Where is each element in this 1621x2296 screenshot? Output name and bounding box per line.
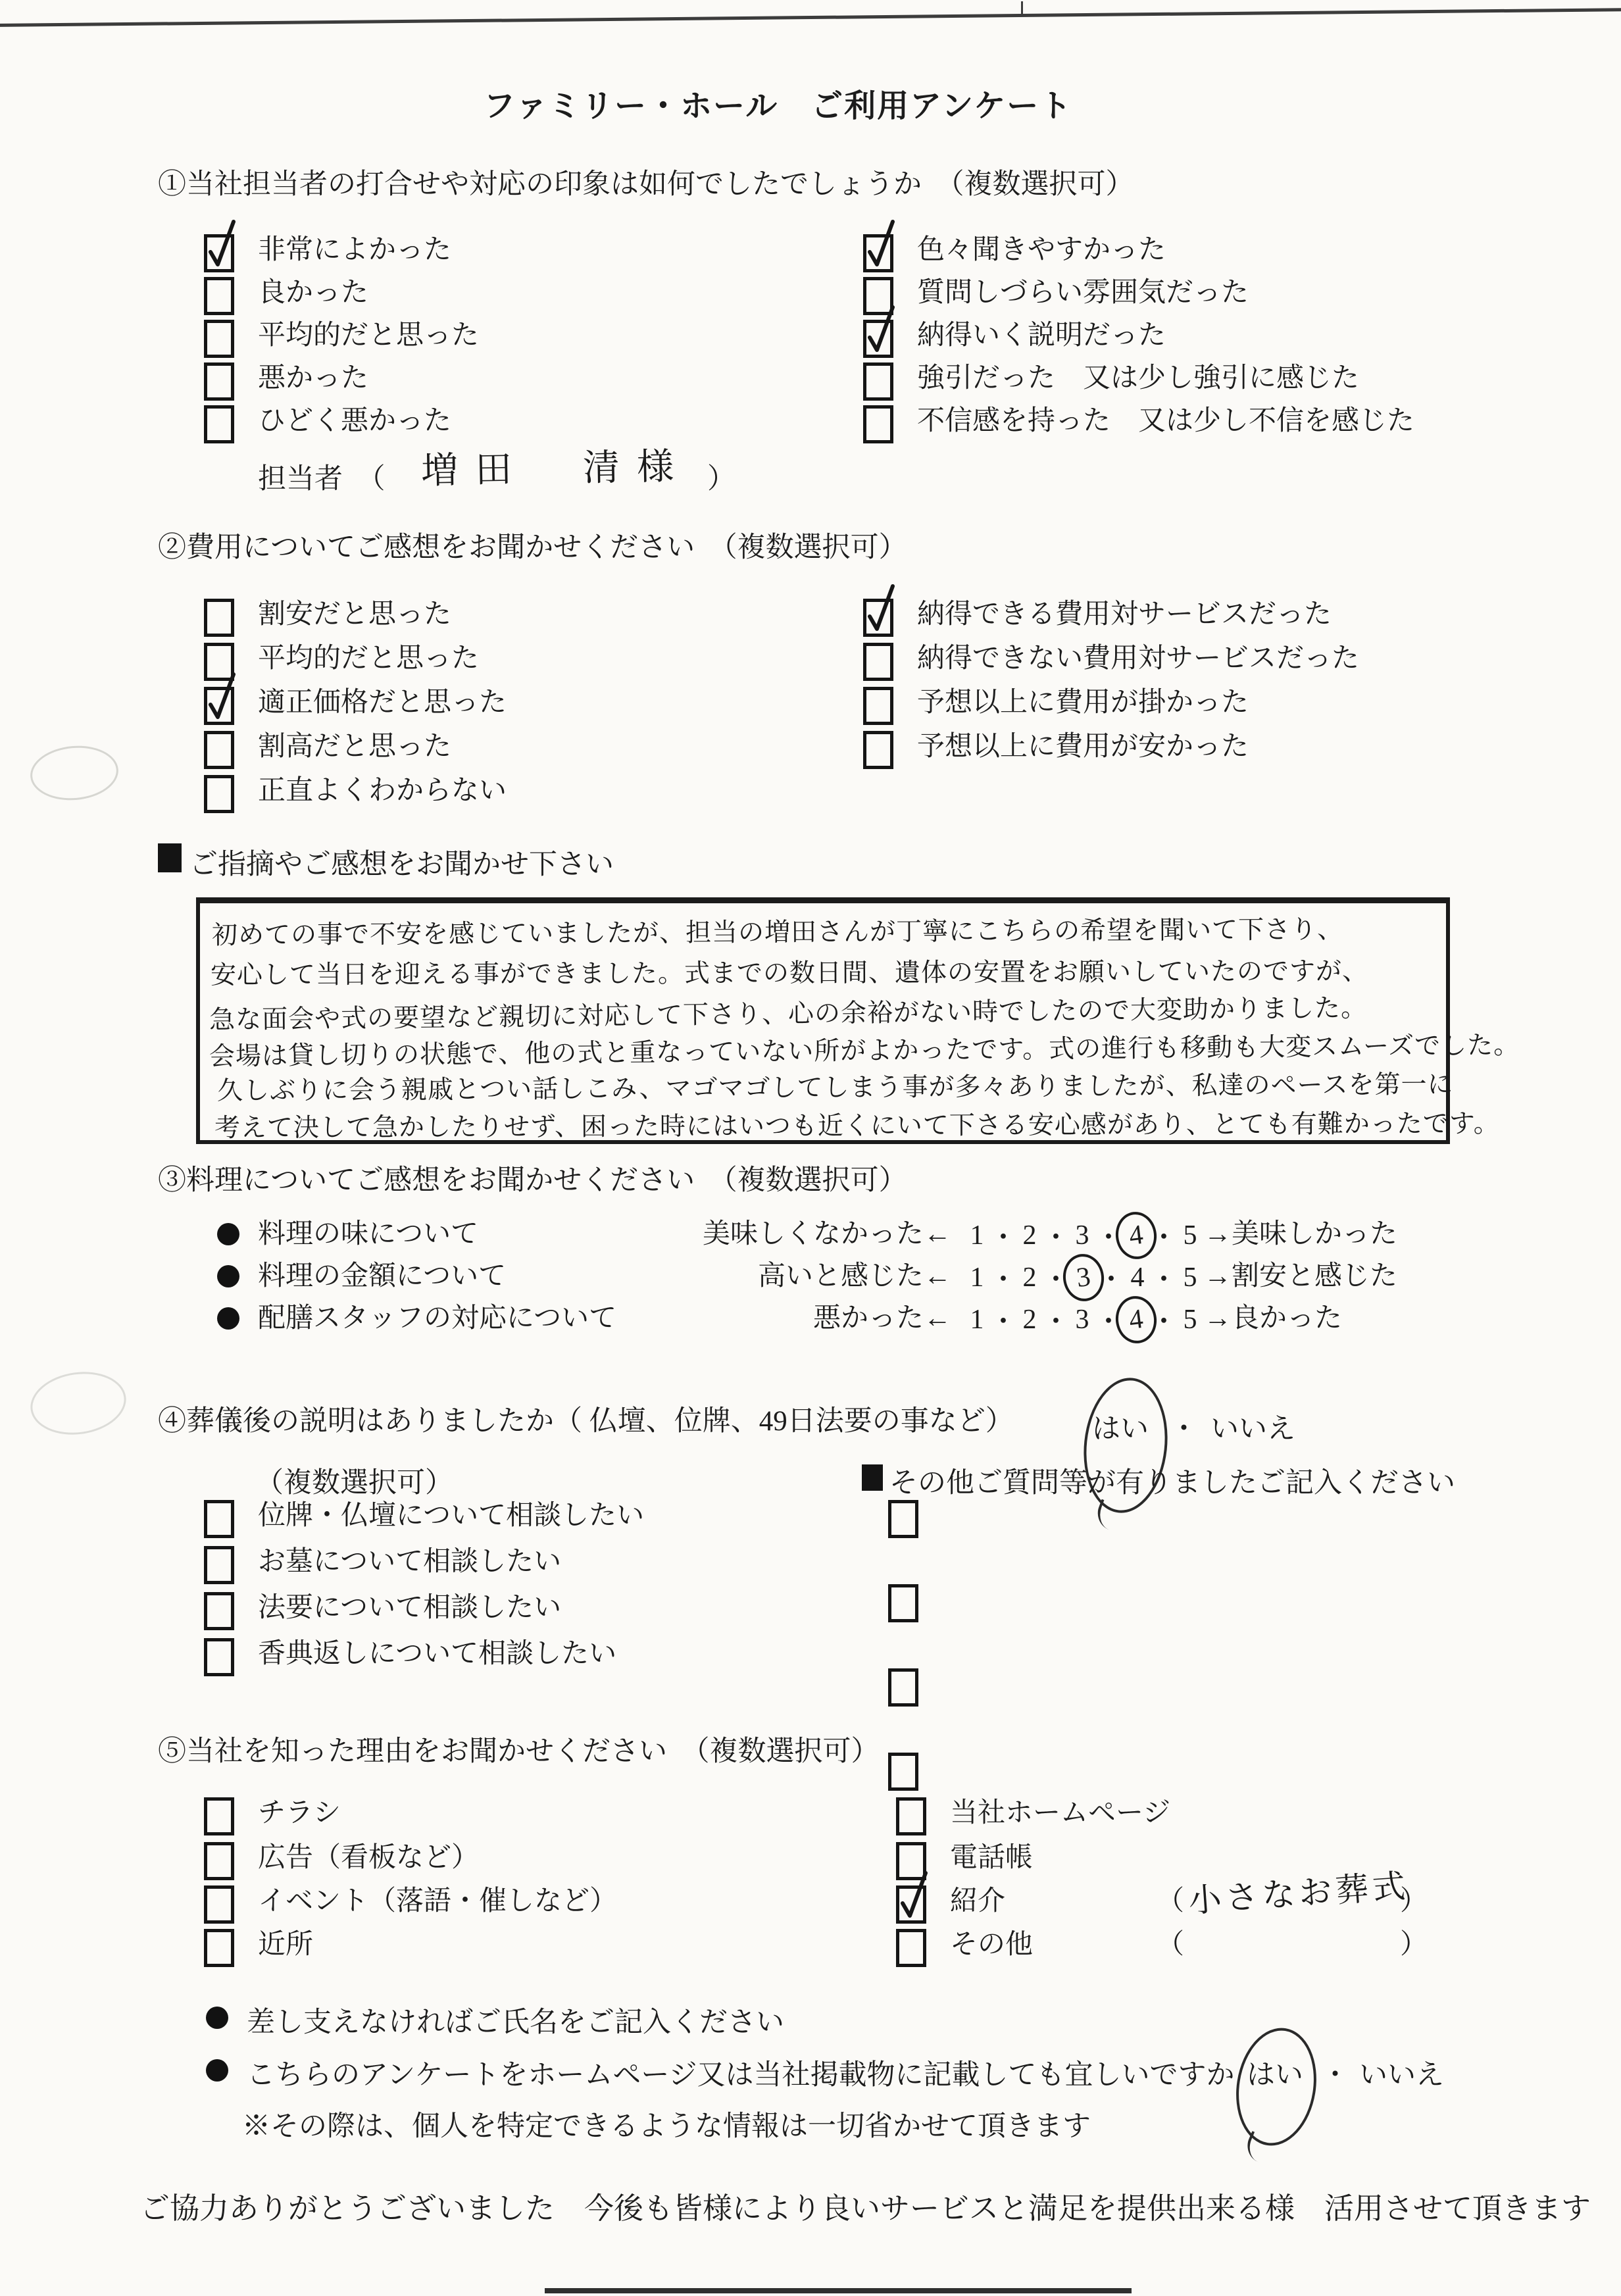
q3-row-0-label: 料理の味について	[217, 1218, 478, 1250]
checkbox	[896, 1929, 926, 1967]
checkbox	[863, 599, 893, 637]
q2-right-row-3: 予想以上に費用が安かった	[863, 731, 1249, 769]
q1-right-row-3: 強引だった 又は少し強引に感じた	[863, 362, 1359, 401]
q5-left-row-3: 近所	[204, 1929, 313, 1967]
closing-name-request: 差し支えなければご氏名をご記入ください	[247, 2000, 784, 2040]
rep-label: 担当者 （	[258, 457, 386, 497]
option-label: 電話帳	[950, 1842, 1033, 1874]
referral-source-handwritten: 小さなお葬式	[1187, 1859, 1410, 1922]
q3-row-1-label: 料理の金額について	[217, 1260, 506, 1292]
option-label: 正直よくわからない	[258, 775, 507, 807]
q3-heading: ③料理についてご感想をお聞かせください （複数選択可）	[158, 1158, 907, 1198]
q1-right-row-0: 色々聞きやすかった	[863, 234, 1166, 272]
option-label: 紹介	[950, 1885, 1005, 1917]
bullet-icon	[206, 2059, 228, 2082]
bullet-icon	[217, 1223, 239, 1245]
bullet-icon	[217, 1265, 239, 1287]
scale-low-label: 悪かった←	[566, 1303, 951, 1334]
rep-name-handwritten: 増田 清様	[420, 437, 691, 494]
option-label: 当社ホームページ	[950, 1797, 1170, 1829]
closing-publish-question: こちらのアンケートをホームページ又は当社掲載物に記載しても宜しいですか	[247, 2053, 1235, 2093]
q1-left-row-2: 平均的だと思った	[204, 320, 479, 358]
option-label: 近所	[258, 1929, 313, 1960]
checkbox	[204, 775, 234, 813]
checkbox	[863, 234, 893, 272]
q2-left-row-1: 平均的だと思った	[204, 643, 479, 681]
option-label: 適正価格だと思った	[258, 687, 507, 718]
option-label: 良かった	[258, 277, 368, 309]
q5-left-row-0: チラシ	[204, 1797, 341, 1835]
checkbox	[204, 599, 234, 637]
paren-open: （	[1157, 1929, 1184, 1960]
comments-heading: ご指摘やご感想をお聞かせ下さい	[189, 842, 614, 882]
option-label: 強引だった 又は少し強引に感じた	[917, 362, 1359, 394]
checkbox	[204, 1638, 234, 1676]
option-label: 非常によかった	[258, 234, 451, 266]
checkbox	[896, 1797, 926, 1835]
paren-close: ）	[1400, 1885, 1428, 1917]
rep-label-close: ）	[707, 457, 736, 497]
scan-artifact-top-line	[0, 8, 1621, 27]
empty-checkbox	[888, 1584, 918, 1622]
q2-heading: ②費用についてご感想をお聞かせください （複数選択可）	[158, 525, 907, 565]
q5-heading: ⑤当社を知った理由をお聞かせください （複数選択可）	[158, 1729, 880, 1769]
option-label: イベント（落語・催しなど）	[258, 1885, 617, 1917]
scale-high-label: →美味しかった	[1204, 1218, 1397, 1250]
checkbox	[204, 1500, 234, 1538]
checkbox	[863, 643, 893, 681]
checkbox	[863, 405, 893, 443]
checkbox	[204, 1885, 234, 1924]
option-label: 悪かった	[258, 362, 368, 394]
q5-right-row-2: 紹介	[896, 1885, 1005, 1924]
closing-no: いいえ	[1359, 2053, 1444, 2093]
q1-left-row-3: 悪かった	[204, 362, 368, 401]
option-label: お墓について相談したい	[258, 1546, 561, 1578]
q4-dot: ・	[1170, 1407, 1198, 1447]
option-label: 平均的だと思った	[258, 643, 479, 674]
option-label: 納得いく説明だった	[917, 320, 1166, 351]
q1-left-row-1: 良かった	[204, 277, 368, 315]
q4-no: いいえ	[1210, 1407, 1295, 1447]
checkbox	[204, 687, 234, 725]
option-label: ひどく悪かった	[258, 405, 451, 437]
q1-right-row-4: 不信感を持った 又は少し不信を感じた	[863, 405, 1414, 443]
closing-privacy-note: ※その際は、個人を特定できるような情報は一切省かせて頂きます	[242, 2104, 1091, 2144]
q2-right-row-0: 納得できる費用対サービスだった	[863, 599, 1332, 637]
option-label: 香典返しについて相談したい	[258, 1638, 616, 1670]
q3-item-label: 料理の金額について	[258, 1260, 506, 1292]
q1-heading: ①当社担当者の打合せや対応の印象は如何でしたでしょうか （複数選択可）	[158, 162, 1134, 202]
q2-right-row-2: 予想以上に費用が掛かった	[863, 687, 1249, 725]
checkbox	[863, 687, 893, 725]
checkbox	[204, 362, 234, 401]
q5-right-row-3: その他	[896, 1929, 1033, 1967]
scale-high-label: →良かった	[1204, 1303, 1342, 1334]
handwritten-circle-yes	[1228, 2022, 1325, 2152]
q4-left-row-0: 位牌・仏壇について相談したい	[204, 1500, 644, 1538]
option-label: その他	[950, 1929, 1033, 1960]
checkbox	[204, 1546, 234, 1584]
checkbox	[204, 320, 234, 358]
q4-left-row-1: お墓について相談したい	[204, 1546, 561, 1584]
checkbox	[204, 234, 234, 272]
option-label: 色々聞きやすかった	[917, 234, 1166, 266]
bullet-icon	[217, 1307, 239, 1330]
scale-low-label: 美味しくなかった←	[566, 1218, 951, 1250]
option-label: 不信感を持った 又は少し不信を感じた	[917, 405, 1414, 437]
q3-item-label: 配膳スタッフの対応について	[258, 1303, 616, 1334]
scan-artifact-tick	[1021, 1, 1023, 14]
empty-checkbox	[888, 1500, 918, 1538]
empty-checkbox	[888, 1668, 918, 1707]
option-label: 割高だと思った	[258, 731, 451, 762]
q5-right-row-0: 当社ホームページ	[896, 1797, 1170, 1835]
scale-high-label: →割安と感じた	[1204, 1260, 1397, 1292]
handwritten-comment-line: 初めての事で不安を感じていましたが、担当の増田さんが丁寧にこちらの希望を聞いて下…	[212, 909, 1343, 951]
q2-left-row-2: 適正価格だと思った	[204, 687, 507, 725]
option-label: 平均的だと思った	[258, 320, 479, 351]
q2-right-row-1: 納得できない費用対サービスだった	[863, 643, 1359, 681]
bullet-icon	[206, 2007, 228, 2029]
scan-artifact-bottom-line	[545, 2288, 1132, 2293]
page-title: ファミリー・ホール ご利用アンケート	[484, 80, 1072, 126]
q4-other-heading: その他ご質問等が有りましたご記入ください	[889, 1460, 1455, 1501]
checkbox	[204, 1842, 234, 1880]
checkbox	[863, 320, 893, 358]
footer-thanks: ご協力ありがとうございました 今後も皆様により良いサービスと満足を提供出来る様 …	[140, 2184, 1591, 2227]
option-label: 納得できない費用対サービスだった	[917, 643, 1359, 674]
q3-row-2-label: 配膳スタッフの対応について	[217, 1303, 616, 1334]
rating-scale: 1・2・3・4・5	[962, 1258, 1205, 1297]
checkbox	[863, 362, 893, 401]
option-label: 質問しづらい雰囲気だった	[917, 277, 1249, 309]
rating-scale: 1・2・3・4・5	[962, 1300, 1205, 1339]
q4-heading: ④葬儀後の説明はありましたか（ 仏壇、位牌、49日法要の事など）	[158, 1399, 1014, 1439]
option-label: 予想以上に費用が安かった	[917, 731, 1249, 762]
scanned-survey-page: ファミリー・ホール ご利用アンケート ①当社担当者の打合せや対応の印象は如何でし…	[0, 0, 1621, 2296]
q4-multi-note: （複数選択可）	[255, 1460, 453, 1501]
q3-item-label: 料理の味について	[258, 1218, 478, 1250]
option-label: 予想以上に費用が掛かった	[917, 687, 1249, 718]
handwritten-comment-line: 久しぶりに会う親戚とつい話しこみ、マゴマゴしてしまう事が多々ありましたが、私達の…	[217, 1064, 1454, 1107]
handwritten-comment-line: 安心して当日を迎える事ができました。式までの数日間、遺体の安置をお願いしていたの…	[211, 951, 1368, 991]
section-square-icon	[862, 1464, 883, 1491]
q1-right-row-1: 質問しづらい雰囲気だった	[863, 277, 1249, 315]
q2-left-row-3: 割高だと思った	[204, 731, 451, 769]
q5-left-row-1: 広告（看板など）	[204, 1842, 479, 1880]
option-label: 納得できる費用対サービスだった	[917, 599, 1332, 630]
handwritten-comment-line: 考えて決して急かしたりせず、困った時にはいつも近くにいて下さる安心感があり、とて…	[214, 1103, 1500, 1145]
option-label: 広告（看板など）	[258, 1842, 479, 1874]
empty-checkbox	[888, 1753, 918, 1791]
closing-dot: ・	[1321, 2053, 1349, 2093]
paren-open: （	[1157, 1885, 1184, 1917]
checkbox	[863, 731, 893, 769]
q4-left-row-2: 法要について相談したい	[204, 1592, 561, 1630]
q1-left-row-0: 非常によかった	[204, 234, 451, 272]
checkbox	[204, 1929, 234, 1967]
option-label: チラシ	[258, 1797, 341, 1829]
checkbox	[204, 405, 234, 443]
checkbox	[204, 1797, 234, 1835]
q4-left-row-3: 香典返しについて相談したい	[204, 1638, 616, 1676]
option-label: 位牌・仏壇について相談したい	[258, 1500, 644, 1532]
q2-left-row-0: 割安だと思った	[204, 599, 451, 637]
q1-left-row-4: ひどく悪かった	[204, 405, 451, 443]
checkbox	[896, 1885, 926, 1924]
option-label: 割安だと思った	[258, 599, 451, 630]
checkbox	[204, 277, 234, 315]
rating-scale: 1・2・3・4・5	[962, 1216, 1205, 1255]
q1-right-row-2: 納得いく説明だった	[863, 320, 1166, 358]
option-label: 法要について相談したい	[258, 1592, 561, 1624]
scale-low-label: 高いと感じた←	[566, 1260, 951, 1292]
hole-punch-mark	[28, 742, 121, 803]
hole-punch-mark	[26, 1366, 130, 1440]
q5-left-row-2: イベント（落語・催しなど）	[204, 1885, 617, 1924]
checkbox	[204, 731, 234, 769]
paren-close: ）	[1400, 1929, 1428, 1960]
section-square-icon	[158, 843, 182, 872]
q2-left-row-4: 正直よくわからない	[204, 775, 507, 813]
checkbox	[204, 1592, 234, 1630]
